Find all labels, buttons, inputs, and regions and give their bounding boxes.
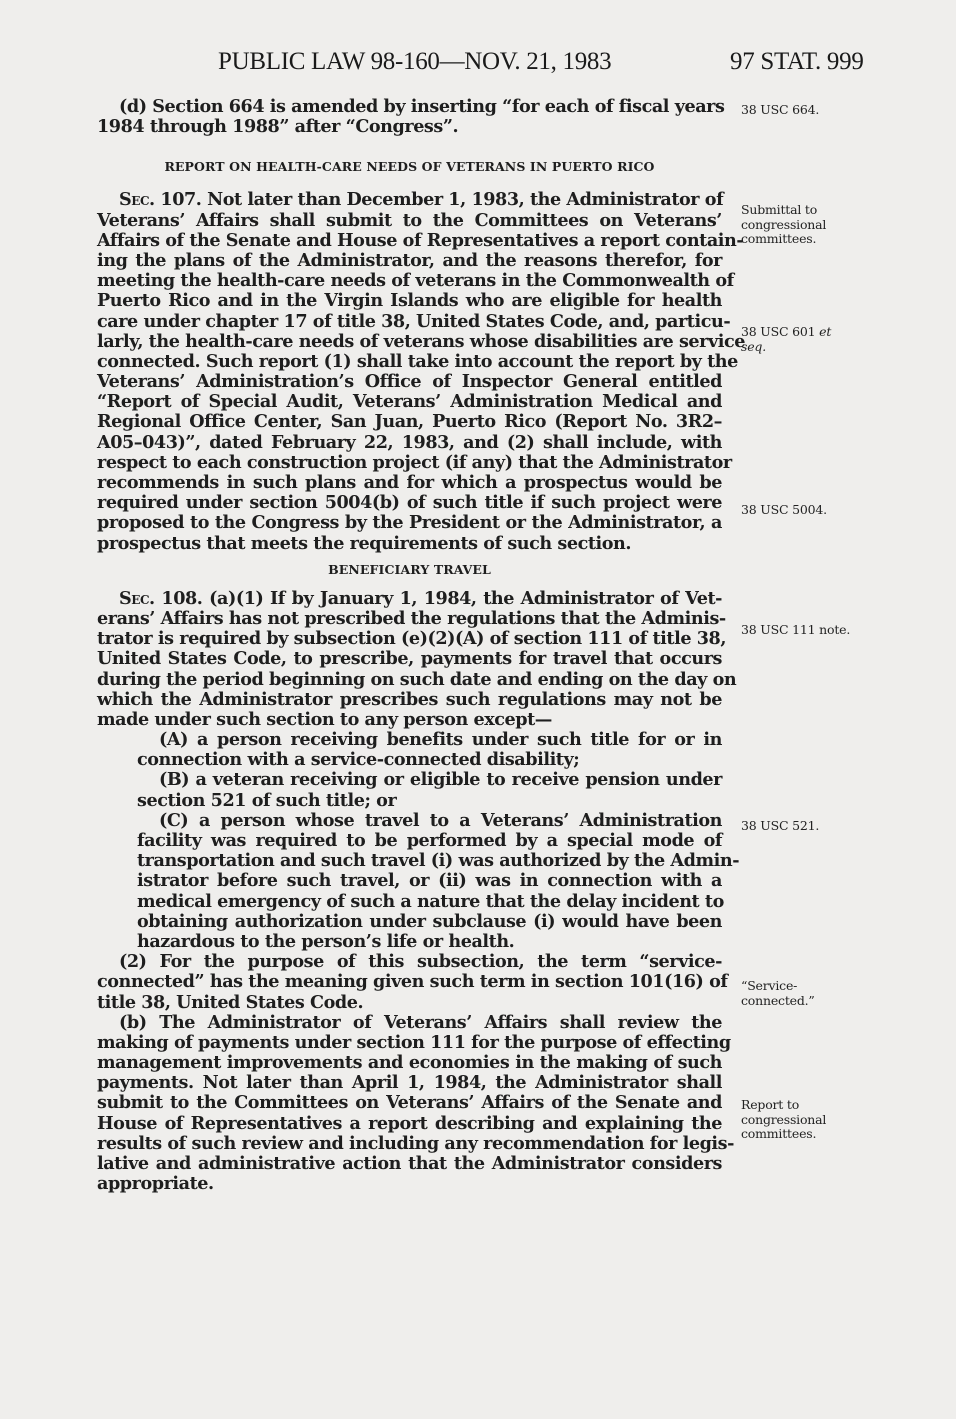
- text-line: (b) The Administrator of Veterans’ Affai…: [97, 1013, 722, 1033]
- margin-note-submittal: Submittal to congressional committees.: [741, 203, 826, 247]
- page-header-title: PUBLIC LAW 98-160—NOV. 21, 1983: [218, 48, 611, 76]
- text-line: lative and administrative action that th…: [97, 1154, 722, 1174]
- text-line: payments. Not later than April 1, 1984, …: [97, 1073, 722, 1093]
- text-line: results of such review and including any…: [97, 1134, 722, 1154]
- section-108-paragraph: Sec. 108. (a)(1) If by January 1, 1984, …: [97, 589, 722, 730]
- text-line: care under chapter 17 of title 38, Unite…: [97, 312, 722, 332]
- text-line: erans’ Affairs has not prescribed the re…: [97, 609, 722, 629]
- clause-c: (C) a person whose travel to a Veterans’…: [97, 811, 722, 952]
- text-line: title 38, United States Code.: [97, 993, 722, 1013]
- text-fragment: Not later than December 1, 1983, the Adm…: [201, 189, 723, 210]
- text-line: proposed to the Congress by the Presiden…: [97, 513, 722, 533]
- text-line: United States Code, to prescribe, paymen…: [97, 649, 722, 669]
- section-label: Sec. 107.: [119, 189, 201, 210]
- paragraph-2-definition: (2) For the purpose of this subsection, …: [97, 952, 722, 1013]
- text-line: connected. Such report (1) shall take in…: [97, 352, 722, 372]
- margin-note-service-connected: “Service- connected.”: [741, 979, 815, 1008]
- text-line: Regional Office Center, San Juan, Puerto…: [97, 412, 722, 432]
- text-line: recommends in such plans and for which a…: [97, 473, 722, 493]
- text-line: (C) a person whose travel to a Veterans’…: [137, 811, 722, 831]
- text-line: appropriate.: [97, 1174, 722, 1194]
- text-line: trator is required by subsection (e)(2)(…: [97, 629, 722, 649]
- margin-note-38-usc-521: 38 USC 521.: [741, 819, 819, 834]
- paragraph-b-review: (b) The Administrator of Veterans’ Affai…: [97, 1013, 722, 1195]
- text-line: facility was required to be performed by…: [137, 831, 722, 851]
- margin-note-38-usc-111-note: 38 USC 111 note.: [741, 623, 850, 638]
- text-line: connected” has the meaning given such te…: [97, 972, 722, 992]
- text-line: respect to each construction project (if…: [97, 453, 722, 473]
- margin-note-38-usc-664: 38 USC 664.: [741, 103, 819, 118]
- text-line: management improvements and economies in…: [97, 1053, 722, 1073]
- text-line: Affairs of the Senate and House of Repre…: [97, 231, 722, 251]
- section-label: Sec. 108.: [119, 588, 202, 609]
- text-line: ing the plans of the Administrator, and …: [97, 251, 722, 271]
- text-line: made under such section to any person ex…: [97, 710, 722, 730]
- margin-note-italic: et: [819, 324, 831, 339]
- text-line: transportation and such travel (i) was a…: [137, 851, 722, 871]
- text-line: during the period beginning on such date…: [97, 670, 722, 690]
- text-line: House of Representatives a report descri…: [97, 1114, 722, 1134]
- text-line: meeting the health-care needs of veteran…: [97, 271, 722, 291]
- margin-note-line: “Service-: [741, 979, 815, 994]
- margin-note-line: connected.”: [741, 994, 815, 1009]
- text-line: medical emergency of such a nature that …: [137, 892, 722, 912]
- margin-note-38-usc-601: 38 USC 601 et seq.: [741, 325, 831, 354]
- text-line: submit to the Committees on Veterans’ Af…: [97, 1093, 722, 1113]
- text-line: A05–043)”, dated February 22, 1983, and …: [97, 433, 722, 453]
- text-line: (A) a person receiving benefits under su…: [137, 730, 722, 750]
- text-line: required under section 5004(b) of such t…: [97, 493, 722, 513]
- text-line: (2) For the purpose of this subsection, …: [97, 952, 722, 972]
- margin-note-italic: seq.: [741, 340, 831, 355]
- section-107-paragraph: Sec. 107. Not later than December 1, 198…: [97, 190, 722, 553]
- text-line: which the Administrator prescribes such …: [97, 690, 722, 710]
- text-line: istrator before such travel, or (ii) was…: [137, 871, 722, 891]
- text-line: hazardous to the person’s life or health…: [137, 932, 722, 952]
- margin-note-line: Submittal to: [741, 203, 826, 218]
- page-header-stat-ref: 97 STAT. 999: [730, 48, 864, 76]
- margin-note-line: 38 USC 601: [741, 324, 819, 339]
- text-line: Puerto Rico and in the Virgin Islands wh…: [97, 291, 722, 311]
- text-line: larly, the health-care needs of veterans…: [97, 332, 722, 352]
- margin-note-line: committees.: [741, 1127, 826, 1142]
- clause-a: (A) a person receiving benefits under su…: [97, 730, 722, 770]
- text-line: Veterans’ Affairs shall submit to the Co…: [97, 211, 722, 231]
- margin-note-line: congressional: [741, 218, 826, 233]
- text-line: obtaining authorization under subclause …: [137, 912, 722, 932]
- section-heading-beneficiary-travel: BENEFICIARY TRAVEL: [97, 560, 722, 580]
- text-line: prospectus that meets the requirements o…: [97, 534, 722, 554]
- margin-note-38-usc-5004: 38 USC 5004.: [741, 503, 827, 518]
- section-heading-puerto-rico: REPORT ON HEALTH-CARE NEEDS OF VETERANS …: [97, 157, 722, 177]
- statute-page: PUBLIC LAW 98-160—NOV. 21, 1983 97 STAT.…: [0, 0, 956, 1419]
- margin-note-line: Report to: [741, 1098, 826, 1113]
- text-line: connection with a service-connected disa…: [137, 750, 722, 770]
- section-d-paragraph: (d) Section 664 is amended by inserting …: [97, 97, 722, 137]
- text-line: making of payments under section 111 for…: [97, 1033, 722, 1053]
- text-line: (d) Section 664 is amended by inserting …: [97, 97, 722, 117]
- main-text-column: (d) Section 664 is amended by inserting …: [97, 97, 722, 1194]
- margin-note-report: Report to congressional committees.: [741, 1098, 826, 1142]
- text-line: section 521 of such title; or: [137, 791, 722, 811]
- clause-b: (B) a veteran receiving or eligible to r…: [97, 770, 722, 810]
- text-fragment: (a)(1) If by January 1, 1984, the Admini…: [202, 588, 722, 609]
- text-line: 1984 through 1988” after “Congress”.: [97, 117, 722, 137]
- text-line: (B) a veteran receiving or eligible to r…: [137, 770, 722, 790]
- margin-note-line: congressional: [741, 1113, 826, 1128]
- text-line: “Report of Special Audit, Veterans’ Admi…: [97, 392, 722, 412]
- text-line: Veterans’ Administration’s Office of Ins…: [97, 372, 722, 392]
- margin-note-line: committees.: [741, 232, 826, 247]
